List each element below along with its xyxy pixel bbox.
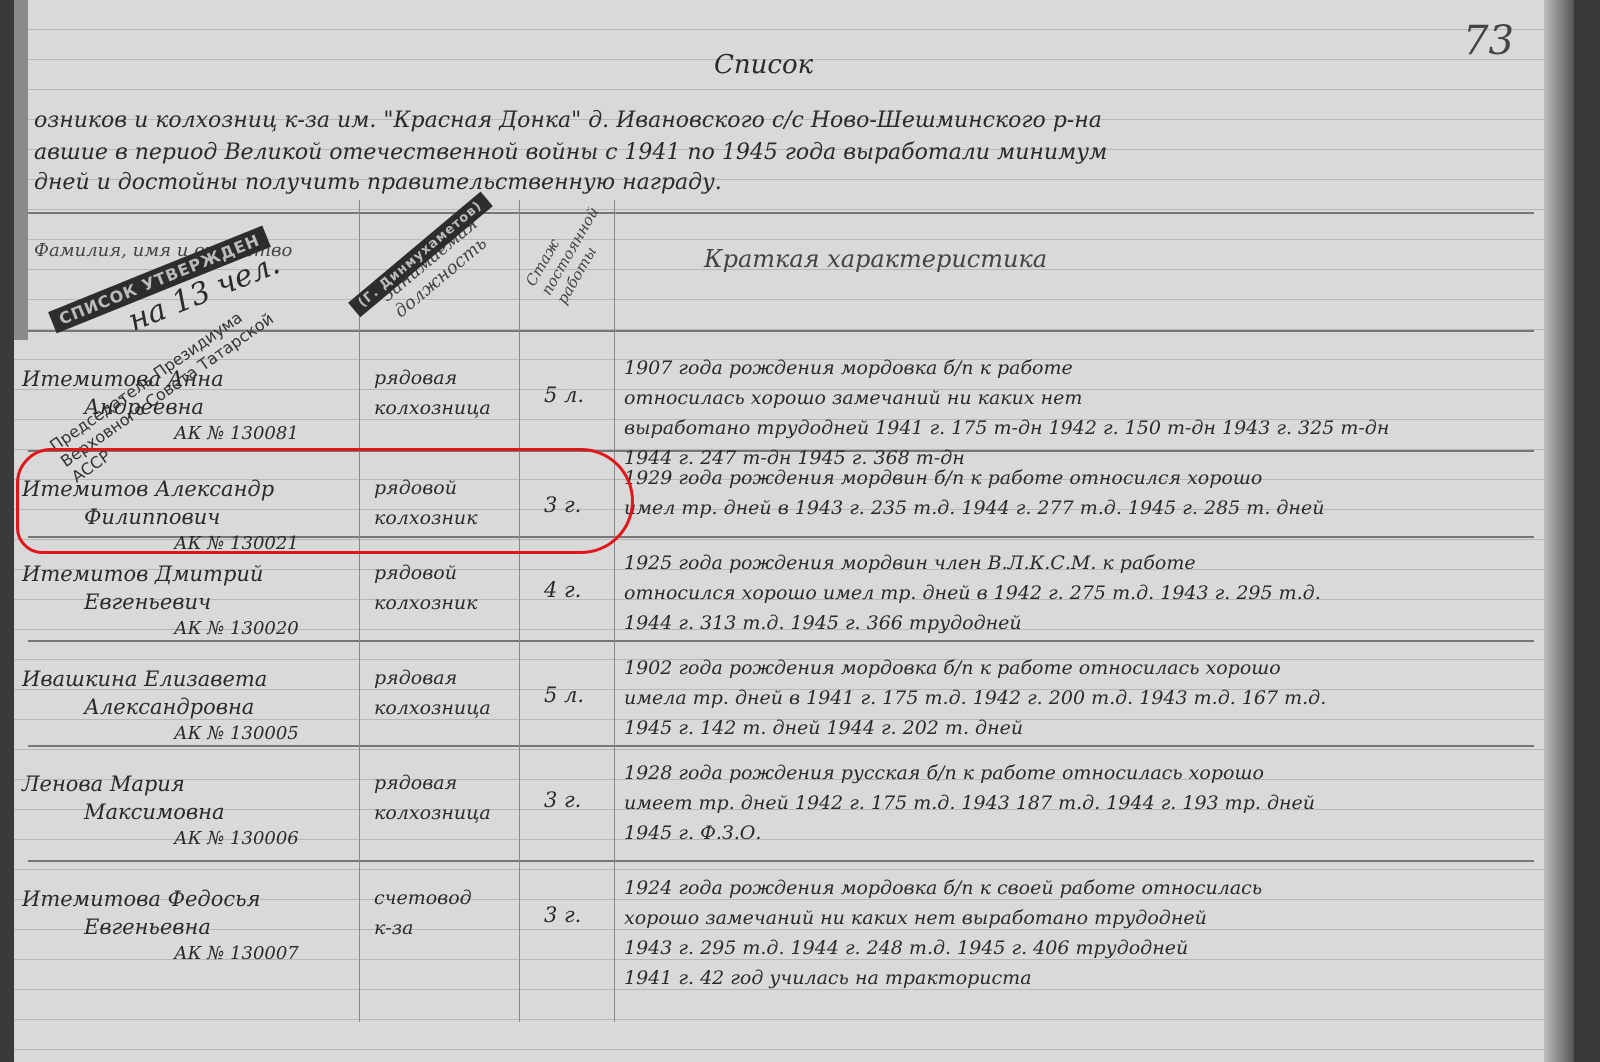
- description-line: имеет тр. дней 1942 г. 175 т.д. 1943 187…: [624, 792, 1315, 814]
- position-line-1: рядовой: [374, 562, 457, 584]
- position-line-1: рядовая: [374, 667, 457, 689]
- person-name: Итемитова Федосья: [22, 887, 260, 911]
- tenure: 4 г.: [544, 578, 581, 602]
- description-line: имел тр. дней в 1943 г. 235 т.д. 1944 г.…: [624, 497, 1324, 519]
- person-patronymic: Андреевна: [84, 395, 204, 419]
- column-divider: [519, 200, 520, 1022]
- person-patronymic: Евгеньевна: [84, 915, 211, 939]
- description-line: 1945 г. Ф.З.О.: [624, 822, 761, 844]
- description-line: 1902 года рождения мордовка б/п к работе…: [624, 657, 1281, 679]
- document-title: Список: [714, 50, 813, 80]
- description-line: 1928 года рождения русская б/п к работе …: [624, 762, 1264, 784]
- person-name: Итемитов Дмитрий: [22, 562, 263, 586]
- description-line: выработано трудодней 1941 г. 175 т-дн 19…: [624, 417, 1389, 439]
- intro-line-3: дней и достойны получить правительственн…: [34, 170, 722, 195]
- position-line-2: колхозник: [374, 592, 478, 614]
- column-header-description: Краткая характеристика: [704, 245, 1047, 273]
- intro-line-2: авшие в период Великой отечественной вой…: [34, 140, 1107, 165]
- description-line: относилась хорошо замечаний ни каких нет: [624, 387, 1082, 409]
- column-divider: [614, 200, 615, 1022]
- page-edge-shadow: [1544, 0, 1574, 1062]
- person-patronymic: Максимовна: [84, 800, 224, 824]
- description-line: хорошо замечаний ни каких нет выработано…: [624, 907, 1207, 929]
- page-number: 73: [1463, 18, 1514, 64]
- row-rule: [28, 745, 1534, 747]
- binding-strip: [14, 0, 28, 340]
- description-line: 1907 года рождения мордовка б/п к работе: [624, 357, 1073, 379]
- row-rule: [28, 860, 1534, 862]
- column-header-tenure: Стаж постоянной работы: [522, 207, 611, 308]
- document-page: 73 Список озников и колхозниц к-за им. "…: [14, 0, 1574, 1062]
- column-divider: [359, 200, 360, 1022]
- person-patronymic: Александровна: [84, 695, 254, 719]
- description-line: 1924 года рождения мордовка б/п к своей …: [624, 877, 1262, 899]
- description-line: 1941 г. 42 год училась на тракториста: [624, 967, 1032, 989]
- intro-line-1: озников и колхозниц к-за им. "Красная До…: [34, 108, 1102, 133]
- person-name: Ленова Мария: [22, 772, 185, 796]
- position-line-2: колхозница: [374, 802, 491, 824]
- position-line-1: рядовая: [374, 772, 457, 794]
- award-number: АК № 130007: [174, 943, 299, 964]
- person-name: Ивашкина Елизавета: [22, 667, 267, 691]
- description-line: имела тр. дней в 1941 г. 175 т.д. 1942 г…: [624, 687, 1326, 709]
- description-line: 1929 года рождения мордвин б/п к работе …: [624, 467, 1262, 489]
- description-line: 1943 г. 295 т.д. 1944 г. 248 т.д. 1945 г…: [624, 937, 1188, 959]
- description-line: 1944 г. 313 т.д. 1945 г. 366 трудодней: [624, 612, 1022, 634]
- person-name: Итемитова Анна: [22, 367, 224, 391]
- award-number: АК № 130005: [174, 723, 299, 744]
- award-number: АК № 130006: [174, 828, 299, 849]
- description-line: 1945 г. 142 т. дней 1944 г. 202 т. дней: [624, 717, 1023, 739]
- tenure: 5 л.: [544, 383, 584, 407]
- row-rule: [28, 640, 1534, 642]
- tenure: 3 г.: [544, 788, 581, 812]
- tenure: 5 л.: [544, 683, 584, 707]
- award-number: АК № 130020: [174, 618, 299, 639]
- description-line: 1925 года рождения мордвин член В.Л.К.С.…: [624, 552, 1196, 574]
- tenure: 3 г.: [544, 903, 581, 927]
- position-line-2: колхозница: [374, 397, 491, 419]
- award-number: АК № 130081: [174, 423, 299, 444]
- highlight-circle: [16, 448, 634, 554]
- position-line-1: рядовая: [374, 367, 457, 389]
- person-patronymic: Евгеньевич: [84, 590, 211, 614]
- table-top-rule: [28, 212, 1534, 214]
- description-line: относился хорошо имел тр. дней в 1942 г.…: [624, 582, 1321, 604]
- position-line-1: счетовод: [374, 887, 472, 909]
- position-line-2: к-за: [374, 917, 413, 939]
- position-line-2: колхозница: [374, 697, 491, 719]
- description-line: 1944 г. 247 т-дн 1945 г. 368 т-дн: [624, 447, 965, 469]
